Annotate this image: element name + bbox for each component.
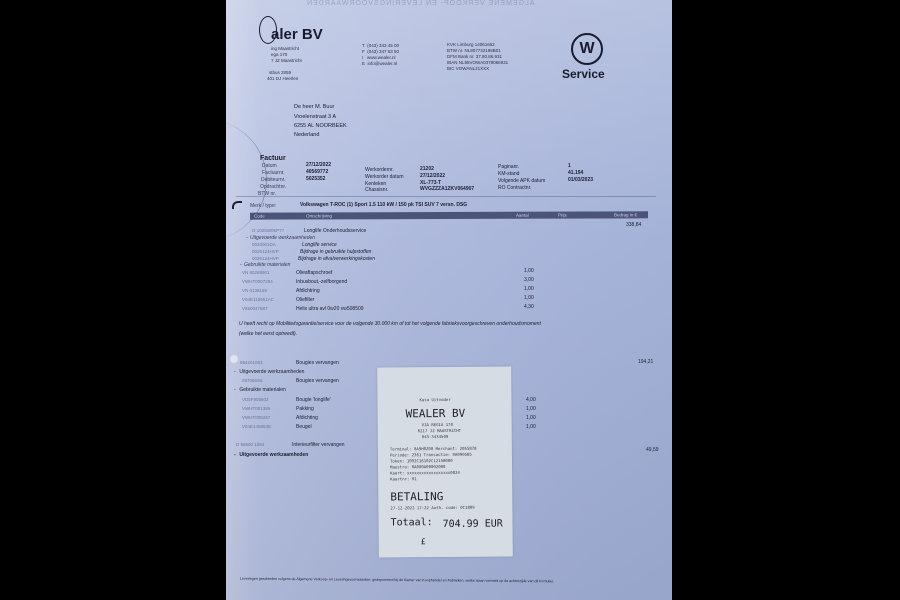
divider (236, 196, 656, 197)
dealer-address-line: 7 JZ Maastricht (271, 58, 302, 63)
material-qty: 1,00 (526, 406, 536, 412)
receipt-detail: Terminal: 0A9H0Z00 Merchant: 2055878 (390, 446, 477, 452)
field-label: Werkorder datum (365, 174, 404, 180)
contact-row: E info@wealer.nl (362, 61, 397, 66)
field-label: Chassisnr. (365, 187, 388, 193)
registration-line: KVK Limburg 14061652 (447, 42, 495, 47)
material-desc: Helix ultra avl 0w20 vw508509 (296, 306, 364, 312)
material-desc: Olieaftapschroef (296, 270, 332, 276)
work-header: - Uitgevoerde werkzaamheden (234, 452, 308, 458)
ghost-header-text: ALGEMENE VERKOOP- EN LEVERINGSVOORWAARDE… (306, 0, 535, 7)
receipt-detail: Periode: 2361 Transactie: 0A090585 (390, 452, 472, 458)
invoice-title: Factuur (260, 155, 286, 162)
line-title: Longlife Onderhoudsservice (304, 228, 366, 234)
receipt-detail: Kaartnr: 01 (390, 476, 417, 481)
line-code: D-1025W06P?? (252, 228, 284, 233)
column-header: Aantal (516, 213, 529, 218)
vehicle-icon (232, 201, 242, 209)
material-desc: Oliefilter (296, 297, 314, 303)
column-header: Code (254, 214, 265, 219)
work-desc: Bijdrage in afvalverwerkingskosten (298, 256, 375, 262)
receipt-detail: Token: 1092C16102C12158000 (390, 458, 453, 464)
contact-row: I www.wealer.nl (362, 55, 396, 60)
field-label: Paginanr. (498, 164, 519, 170)
material-desc: Bougie 'longlife' (296, 397, 331, 403)
invoice-date: 27/12/2022 (306, 162, 331, 168)
chassis-number: WVGZZZA1ZKV064907 (420, 186, 474, 192)
work-code: 0026124HVP (252, 256, 279, 261)
total-label: Totaal: (390, 517, 432, 528)
punch-hole (230, 355, 238, 363)
registration-line: BTW nr. NL807732198B01 (447, 48, 501, 53)
page-number: 1 (568, 163, 571, 169)
dealer-address-line: ega 170 (271, 52, 287, 57)
invoice-document: ALGEMENE VERKOOP- EN LEVERINGSVOORWAARDE… (226, 0, 672, 600)
material-code: VD5F905602 (242, 397, 269, 402)
customer-country: Nederland (294, 132, 319, 138)
material-code: VN 90288901 (242, 270, 270, 275)
field-label: KM-stand (498, 171, 519, 177)
mobility-note: U heeft recht op Mobiliteitsgarantie/ser… (239, 321, 541, 327)
material-qty: 1,00 (524, 286, 534, 292)
next-apk-date: 01/03/2023 (568, 177, 593, 183)
vehicle-description: Volkswagen T-ROC (1) Sport 1.5 110 kW / … (300, 202, 467, 208)
material-qty: 3,00 (524, 277, 534, 283)
column-header: Omschrijving (306, 213, 332, 218)
field-label: Werkordernr. (365, 167, 394, 173)
dealer-name: aler BV (271, 26, 323, 43)
material-code: V04E145853E (242, 424, 271, 429)
column-header: Prijs (558, 213, 567, 218)
receipt-address: 6217 JZ MAASTRICHT (418, 428, 461, 433)
material-code: VWHT0007294 (242, 279, 273, 284)
materials-header: -Gebruikte materialen (240, 262, 290, 268)
material-code: V550047887 (242, 306, 268, 311)
field-label: Volgende APK datum (498, 178, 545, 184)
registration-line: IBAN NL95VOWA0378086931 (447, 60, 508, 65)
receipt-header: Kasa Uitvoder (419, 397, 450, 402)
material-qty: 4,30 (524, 304, 534, 310)
material-desc: Pakking (296, 406, 314, 412)
receipt-address: 043-3434500 (422, 434, 449, 439)
dealer-address-line: 401 DJ Heerlen (267, 76, 298, 81)
signature-mark: £ (421, 537, 426, 546)
work-code: 0020001DA (252, 242, 276, 247)
material-qty: 4,00 (526, 397, 536, 403)
work-header: -Uitgevoerde werkzaamheden (246, 235, 315, 241)
work-desc: Bougies vervangen (296, 378, 339, 384)
line-amount: 338,84 (626, 222, 641, 228)
work-order-date: 27/12/2022 (420, 173, 445, 179)
material-desc: Afdichtring (296, 288, 320, 294)
line-amount: 194,21 (638, 359, 653, 365)
brand-service-label: Service (562, 67, 605, 81)
work-code: 0026124HVP (252, 249, 279, 254)
contact-row: T (043) 343 45 00 (362, 43, 399, 48)
customer-street: Vroelenstraat 3 A (294, 114, 336, 120)
vw-logo-icon: W (571, 33, 603, 65)
field-label: Opdrachtnr. (260, 184, 286, 190)
customer-city: 6255 AL NOORBEEK (294, 123, 347, 129)
work-desc: Bijdrage in gebruikte hulpstoffen (300, 249, 371, 255)
material-desc: Afdichting (296, 415, 318, 421)
payment-meta: 27-12-2022 17:22 Auth. code: 0C1809 (390, 505, 474, 511)
work-desc: Longlife service (302, 242, 337, 248)
payment-label: BETALING (390, 490, 443, 503)
debtor-number: 5025352 (306, 176, 325, 182)
material-desc: Inbusbout,-zelfborgend (296, 279, 347, 285)
work-code: 287056S6 (242, 378, 263, 383)
registration-line: BIC VOWANL21XXX (447, 66, 489, 71)
customer-name: De heer M. Buur (294, 104, 334, 110)
table-header: Code Omschrijving Aantal Prijs Bedrag in… (250, 211, 648, 219)
field-label: Factuurnr. (262, 170, 285, 176)
receipt-detail: Kaart: xxxxxxxxxxxxxxxxxx0824 (390, 470, 460, 476)
receipt-address: VIA REGIA 170 (422, 422, 453, 427)
line-title: Interieurfilter vervangen (292, 442, 345, 448)
line-title: Bougies vervangen (296, 360, 339, 366)
work-order-number: 21202 (420, 166, 434, 172)
terms-footer: Leveringen geschieden volgens de Algemen… (240, 577, 554, 584)
field-label: RO Contractnr. (498, 185, 531, 191)
mobility-note-2: (welke het eerst optreedt). (239, 331, 297, 337)
line-code: D 98600 1084 (236, 442, 264, 447)
material-code: V04E115561AC (242, 297, 274, 302)
payment-receipt: Kasa Uitvoder WEALER BV VIA REGIA 170 62… (377, 366, 513, 557)
receipt-merchant: WEALER BV (406, 407, 466, 421)
material-qty: 1,00 (524, 295, 534, 301)
dealer-address-line: ing Maastricht (271, 46, 299, 51)
material-qty: 1,00 (526, 415, 536, 421)
material-desc: Beugel (296, 424, 312, 430)
material-qty: 1,00 (526, 424, 536, 430)
mileage: 41.194 (568, 170, 583, 176)
line-amount: 49,59 (646, 447, 659, 453)
field-label: Datum (262, 163, 277, 169)
registration-line: DFM Bank nr. 37.80.86.931 (447, 54, 502, 59)
total-value: 704.99 EUR (442, 518, 502, 530)
material-code: VWHT001386 (242, 406, 270, 411)
materials-header: - Gebruikte materialen (234, 387, 286, 393)
line-code: 984201083 (240, 360, 263, 365)
receipt-detail: Maestro: 0A000A00002000 (390, 464, 445, 469)
material-code: VWHT005267 (242, 415, 270, 420)
work-header: - Uitgevoerde werkzaamheden (234, 369, 304, 375)
material-qty: 1,00 (524, 268, 534, 274)
contact-row: F (043) 347 53 50 (362, 49, 399, 54)
column-header: Bedrag in € (614, 212, 637, 217)
invoice-number: 40569772 (306, 169, 328, 175)
field-label: Debiteurnr. (261, 177, 285, 183)
vehicle-label: Merk / type: (250, 203, 276, 209)
material-code: VN 0138158 (242, 288, 267, 293)
dealer-address-line: stbus 2859 (269, 70, 291, 75)
